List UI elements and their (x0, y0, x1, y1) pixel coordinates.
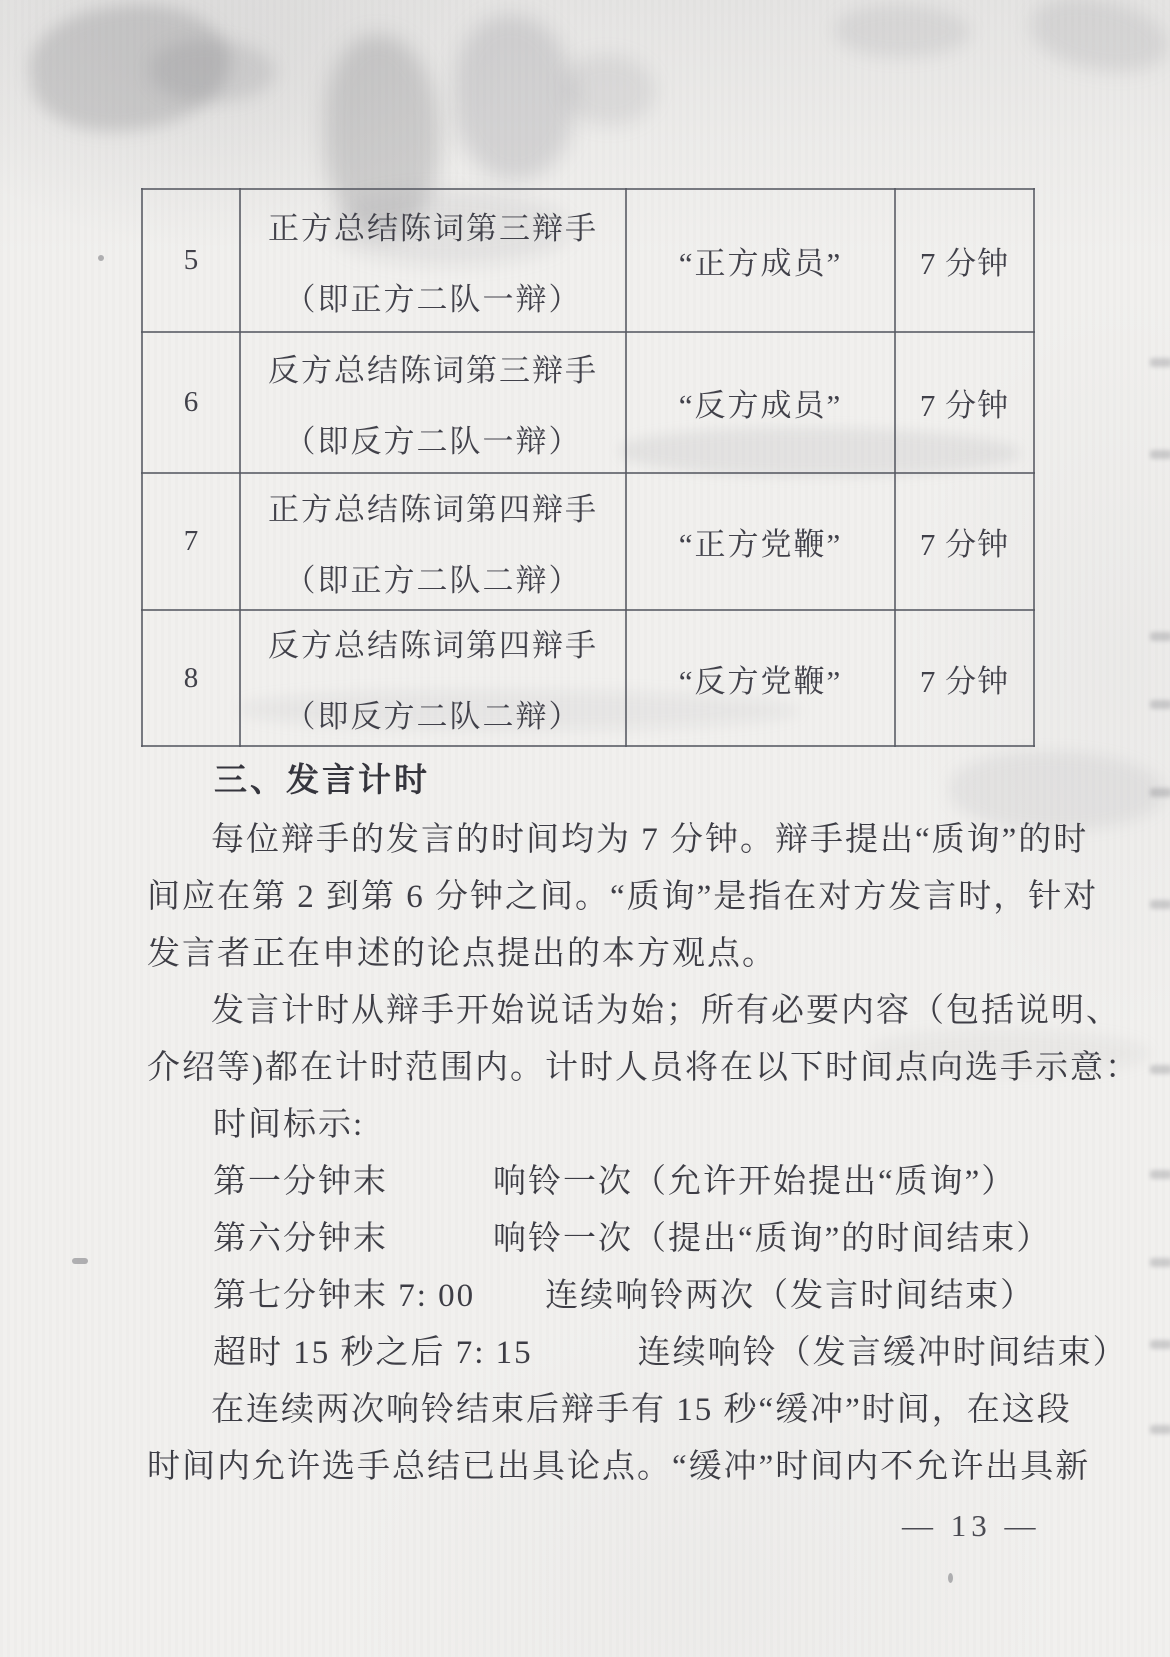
ink-speck (948, 1573, 953, 1583)
role-name-cell: “正方成员” (626, 189, 895, 332)
ink-speck (72, 1258, 88, 1264)
timing-item: 第六分钟末 响铃一次（提出“质询”的时间结束） (213, 1219, 1051, 1259)
speaker-description: 正方总结陈词第三辩手 (241, 203, 625, 248)
speaker-description-cell: 正方总结陈词第四辩手 （即正方二队二辩） (240, 473, 626, 610)
timing-item: 超时 15 秒之后 7: 15 连续响铃（发言缓冲时间结束） (213, 1333, 1128, 1373)
speaker-schedule-table: 5 正方总结陈词第三辩手 （即正方二队一辩） “正方成员” 7 分钟 6 反方总… (141, 188, 1035, 747)
bleedthrough-edge-mark (1150, 1170, 1170, 1179)
bleedthrough-edge-mark (1150, 632, 1170, 641)
row-number-cell: 5 (142, 189, 240, 332)
table-row: 8 反方总结陈词第四辩手 （即反方二队二辩） “反方党鞭” 7 分钟 (142, 610, 1034, 746)
body-line: 在连续两次响铃结束后辩手有 15 秒“缓冲”时间，在这段 (211, 1390, 1072, 1430)
time-cell: 7 分钟 (895, 332, 1034, 473)
row-number-cell: 7 (142, 473, 240, 610)
role-name-cell: “反方成员” (626, 332, 895, 473)
bleedthrough-edge-mark (1150, 358, 1170, 367)
speaker-description-cell: 反方总结陈词第四辩手 （即反方二队二辩） (240, 610, 626, 746)
role-name-cell: “反方党鞭” (626, 610, 895, 746)
time-cell: 7 分钟 (895, 473, 1034, 610)
speaker-description-cell: 反方总结陈词第三辩手 （即反方二队一辩） (240, 332, 626, 473)
body-line: 时间内允许选手总结已出具论点。“缓冲”时间内不允许出具新 (147, 1447, 1090, 1487)
body-line: 介绍等)都在计时范围内。计时人员将在以下时间点向选手示意： (147, 1048, 1140, 1088)
speaker-description-sub: （即反方二队一辩） (241, 416, 625, 461)
speaker-description-sub: （即正方二队一辩） (241, 274, 625, 319)
section-heading: 三、发言计时 (214, 761, 430, 801)
bleedthrough-smudge (565, 55, 655, 125)
bleedthrough-edge-mark (1150, 900, 1170, 909)
time-cell: 7 分钟 (895, 189, 1034, 332)
body-line: 每位辩手的发言的时间均为 7 分钟。辩手提出“质询”的时 (211, 820, 1088, 860)
table-row: 7 正方总结陈词第四辩手 （即正方二队二辩） “正方党鞭” 7 分钟 (142, 473, 1034, 610)
body-line: 发言者正在申述的论点提出的本方观点。 (147, 934, 777, 974)
speaker-description: 反方总结陈词第三辩手 (241, 345, 625, 390)
time-cell: 7 分钟 (895, 610, 1034, 746)
bleedthrough-edge-mark (1150, 450, 1170, 459)
bleedthrough-smudge (1025, 0, 1170, 82)
speaker-description: 反方总结陈词第四辩手 (241, 620, 625, 665)
bleedthrough-smudge (835, 5, 970, 57)
bleedthrough-edge-mark (1150, 1065, 1170, 1074)
bleedthrough-edge-mark (1150, 1425, 1170, 1434)
role-name-cell: “正方党鞭” (626, 473, 895, 610)
table-row: 6 反方总结陈词第三辩手 （即反方二队一辩） “反方成员” 7 分钟 (142, 332, 1034, 473)
page-number: — 13 — (902, 1508, 1041, 1544)
row-number-cell: 6 (142, 332, 240, 473)
speaker-description-sub: （即反方二队二辩） (241, 691, 625, 736)
ink-speck (98, 255, 104, 261)
body-line: 发言计时从辩手开始说话为始；所有必要内容（包括说明、 (211, 991, 1121, 1031)
row-number-cell: 8 (142, 610, 240, 746)
table-row: 5 正方总结陈词第三辩手 （即正方二队一辩） “正方成员” 7 分钟 (142, 189, 1034, 332)
bleedthrough-edge-mark (1150, 1258, 1170, 1267)
scanned-document-page: 5 正方总结陈词第三辩手 （即正方二队一辩） “正方成员” 7 分钟 6 反方总… (0, 0, 1170, 1657)
timing-item: 第七分钟末 7: 00 连续响铃两次（发言时间结束） (213, 1276, 1035, 1316)
speaker-description-sub: （即正方二队二辩） (241, 555, 625, 600)
body-line: 间应在第 2 到第 6 分钟之间。“质询”是指在对方发言时，针对 (147, 877, 1098, 917)
timing-label: 时间标示: (213, 1105, 364, 1145)
speaker-description: 正方总结陈词第四辩手 (241, 484, 625, 529)
bleedthrough-smudge (150, 40, 275, 102)
timing-item: 第一分钟末 响铃一次（允许开始提出“质询”） (213, 1162, 1016, 1202)
speaker-description-cell: 正方总结陈词第三辩手 （即正方二队一辩） (240, 189, 626, 332)
bleedthrough-edge-mark (1150, 700, 1170, 709)
bleedthrough-edge-mark (1150, 1340, 1170, 1349)
bleedthrough-smudge (950, 752, 1165, 830)
bleedthrough-edge-mark (1150, 788, 1170, 797)
bleedthrough-smudge (22, 0, 237, 143)
bleedthrough-smudge (455, 15, 575, 180)
